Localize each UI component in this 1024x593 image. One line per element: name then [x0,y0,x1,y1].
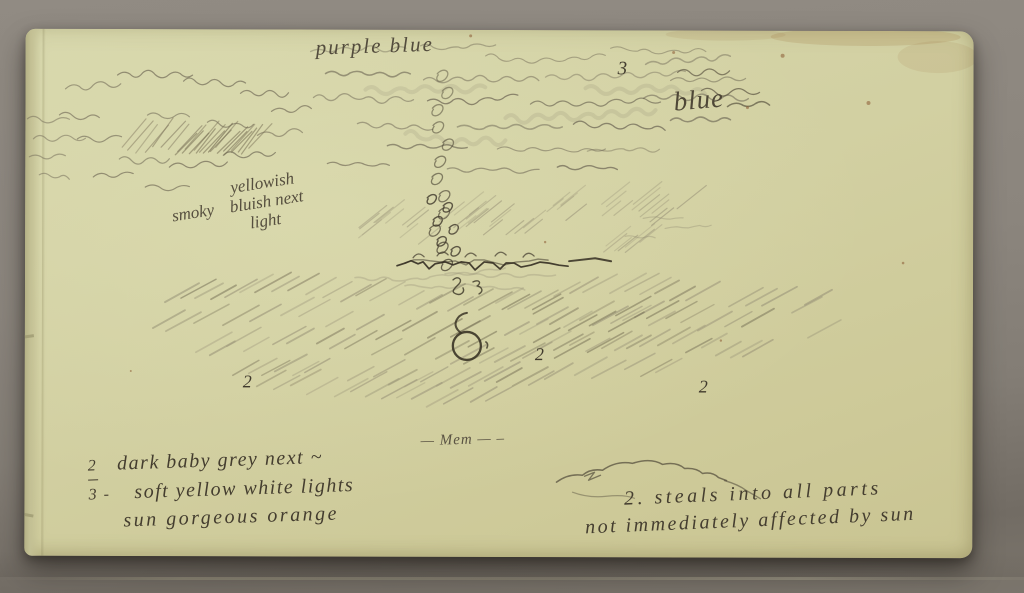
inscription-dark-baby-grey: dark baby grey next ~ [117,446,324,475]
inscription-purple-blue: purple blue [315,32,434,61]
inscription-number-2-right: 2 [699,377,708,398]
inscription-bl-number-3: 3 - [88,481,111,509]
inscription-number-2-left: 2 [243,371,252,392]
inscription-smoky: smoky [171,200,216,225]
sketchbook-page: purple blue 3 blue yellowish smokybluish… [24,29,973,558]
inscription-bottom-left-block: 2dark baby grey next ~ 3 -soft yellow wh… [87,443,355,536]
inscription-soft-yellow-white: soft yellow white lights [134,474,354,503]
table-edge-highlight [0,577,1024,580]
inscription-mem: — Mem — – [420,431,505,451]
inscription-blue: blue [672,82,725,117]
inscription-number-2-middle: 2 [535,344,544,365]
photograph-backdrop: purple blue 3 blue yellowish smokybluish… [0,0,1024,593]
inscription-number-3: 3 [618,58,628,80]
inscription-bl-number-2: 2 [87,452,97,480]
